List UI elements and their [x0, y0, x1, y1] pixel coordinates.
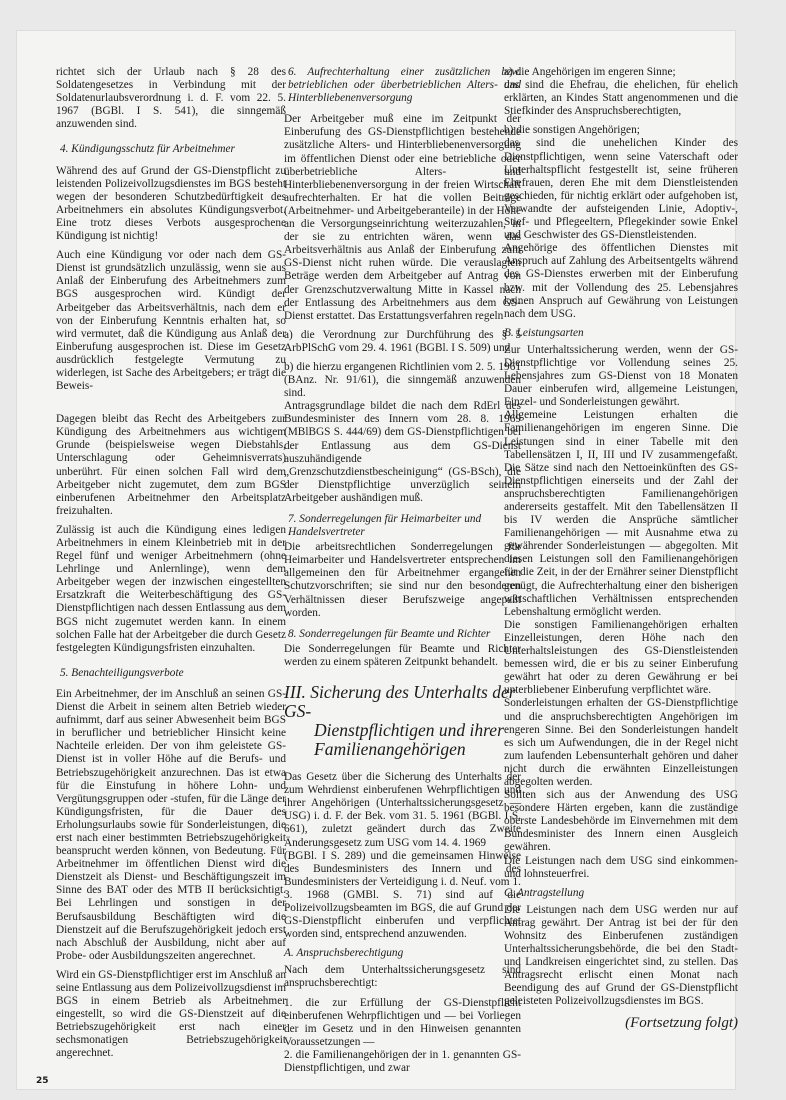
paragraph: Ein Arbeitnehmer, der im Anschluß an sei…	[56, 688, 286, 963]
list-item: 2. die Familienangehörigen der in 1. gen…	[284, 1049, 521, 1075]
list-item: b) die hierzu ergangenen Richtlinien vom…	[284, 361, 521, 400]
chapter-heading: III. Sicherung des Unterhalts der GS- Di…	[284, 683, 521, 759]
paragraph: das sind die unehelichen Kinder des Dien…	[504, 137, 738, 242]
paragraph: Antragsgrundlage bildet die nach dem RdE…	[284, 400, 521, 505]
paragraph: Sollten sich aus der Anwendung des USG b…	[504, 789, 738, 854]
text-column-middle: 6. Aufrechterhaltung einer zusätzlichen …	[284, 66, 521, 1081]
list-item: a) die Angehörigen im engeren Sinne;	[504, 66, 738, 79]
list-item: 1. die zur Erfüllung der GS-Dienstpflich…	[284, 997, 521, 1049]
paragraph: Auch eine Kündigung vor oder nach dem GS…	[56, 249, 286, 393]
subsection-heading-b: B. Leistungsarten	[504, 327, 738, 340]
continuation-note: (Fortsetzung folgt)	[504, 1017, 738, 1030]
subsection-heading-a: A. Anspruchsberechtigung	[284, 947, 521, 960]
document-page: richtet sich der Urlaub nach § 28 des So…	[16, 30, 736, 1090]
page-number: 25	[36, 1076, 49, 1086]
paragraph: Die sonstigen Familienangehörigen erhalt…	[504, 619, 738, 698]
paragraph: Angehörige des öffentlichen Dienstes mit…	[504, 242, 738, 321]
chapter-heading-line-2: Dienstpflichtigen und ihrer	[284, 721, 521, 740]
paragraph: Allgemeine Leistungen erhalten die Famil…	[504, 409, 738, 619]
paragraph: Die arbeitsrechtlichen Sonderregelungen …	[284, 541, 521, 620]
paragraph: Nach dem Unterhaltssicherungsgesetz sind…	[284, 964, 521, 990]
chapter-heading-line-3: Familienangehörigen	[284, 740, 521, 759]
section-heading-5: 5. Benachteiligungsverbote	[60, 667, 286, 680]
chapter-heading-line-1: III. Sicherung des Unterhalts der GS-	[284, 682, 516, 721]
paragraph: Wird ein GS-Dienstpflichtiger erst im An…	[56, 969, 286, 1061]
list-item: a) die Verordnung zur Durchführung des §…	[284, 329, 521, 355]
text-column-right: a) die Angehörigen im engeren Sinne; das…	[504, 66, 738, 1030]
paragraph: Die Leistungen nach dem USG sind einkomm…	[504, 855, 738, 881]
text-column-left: richtet sich der Urlaub nach § 28 des So…	[56, 66, 286, 1067]
paragraph: Dagegen bleibt das Recht des Arbeitgeber…	[56, 413, 286, 518]
paragraph: (BGBl. I S. 289) und die gemeinsamen Hin…	[284, 850, 521, 942]
section-heading-6: 6. Aufrechterhaltung einer zusätzlichen …	[288, 66, 521, 105]
section-heading-7: 7. Sonderregelungen für Heimarbeiter und…	[288, 513, 521, 539]
paragraph: das sind die Ehefrau, die ehelichen, für…	[504, 79, 738, 118]
paragraph: richtet sich der Urlaub nach § 28 des So…	[56, 66, 286, 131]
subsection-heading-c: C. Antragstellung	[504, 887, 738, 900]
paragraph: Sonderleistungen erhalten der GS-Dienstp…	[504, 697, 738, 789]
paragraph: Das Gesetz über die Sicherung des Unterh…	[284, 771, 521, 850]
list-item: b) die sonstigen Angehörigen;	[504, 124, 738, 137]
paragraph: Die Sonderregelungen für Beamte und Rich…	[284, 643, 521, 669]
paragraph: Zur Unterhaltssicherung werden, wenn der…	[504, 344, 738, 409]
paragraph: Während des auf Grund der GS-Dienstpflic…	[56, 165, 286, 244]
section-heading-4: 4. Kündigungsschutz für Arbeitnehmer	[60, 143, 286, 156]
section-heading-8: 8. Sonderregelungen für Beamte und Richt…	[288, 628, 521, 641]
paragraph: Die Leistungen nach dem USG werden nur a…	[504, 904, 738, 1009]
paragraph: Der Arbeitgeber muß eine im Zeitpunkt de…	[284, 113, 521, 323]
paragraph: Zulässig ist auch die Kündigung eines le…	[56, 524, 286, 655]
